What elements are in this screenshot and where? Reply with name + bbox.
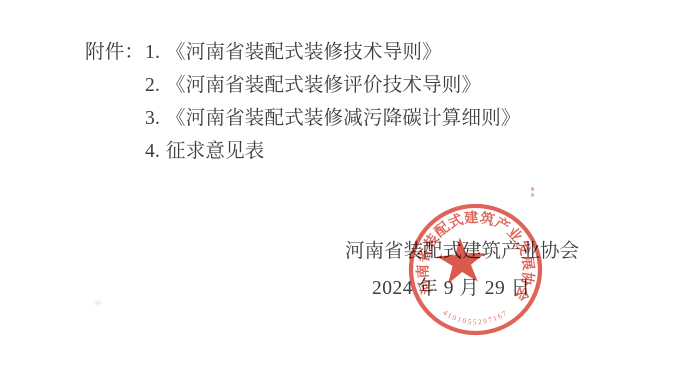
attachment-item-number: 2. [145,75,162,96]
attachment-label: 附件： [85,42,145,63]
scan-artifact-speck [531,187,534,191]
seal-serial-number: 4101055297167 [441,308,509,326]
attachment-item: 附件： 1. 《河南省装配式装修技术导则》 [85,42,521,63]
star-icon [436,236,487,284]
attachment-item-title: 《河南省装配式装修评价技术导则》 [166,75,481,96]
attachment-item-number: 1. [145,42,162,63]
official-seal: 河南省装配式建筑产业发展协会 4101055297167 [407,202,544,337]
scanned-document-page: 附件： 1. 《河南省装配式装修技术导则》 2. 《河南省装配式装修评价技术导则… [0,0,679,368]
attachment-item-title: 《河南省装配式装修减污降碳计算细则》 [166,108,521,129]
svg-text:4101055297167: 4101055297167 [441,308,509,326]
attachment-item-number: 4. [145,141,162,162]
attachment-list: 附件： 1. 《河南省装配式装修技术导则》 2. 《河南省装配式装修评价技术导则… [85,42,521,174]
attachment-item: 2. 《河南省装配式装修评价技术导则》 [145,75,521,96]
attachment-item-title: 征求意见表 [166,141,265,162]
attachment-item-title: 《河南省装配式装修技术导则》 [166,42,442,63]
attachment-item: 3. 《河南省装配式装修减污降碳计算细则》 [145,108,521,129]
attachment-item-number: 3. [145,108,162,129]
attachment-item: 4. 征求意见表 [145,141,521,162]
scan-artifact-smudge [95,301,101,305]
